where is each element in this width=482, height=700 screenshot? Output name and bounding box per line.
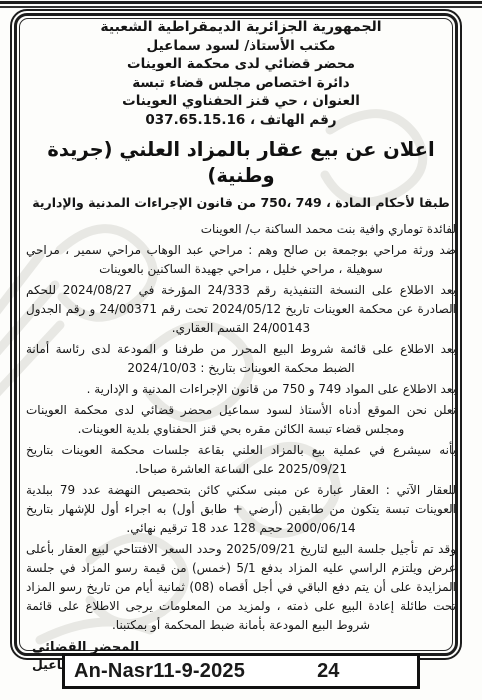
header-line-office: مكتب الأستاذ/ لسود سماعيل bbox=[26, 37, 456, 56]
header-line-address: العنوان ، حي قنز الحفناوي العوينات bbox=[26, 92, 456, 111]
body-paragraph-writ: بعد الاطلاع على النسخة التنفيذية رقم 24/… bbox=[26, 281, 456, 338]
header-line-republic: الجمهورية الجزائرية الديمقراطية الشعبية bbox=[26, 18, 456, 37]
announcement-body: لفائدة توماري وافية بنت محمد الساكنة ب/ … bbox=[26, 220, 456, 635]
top-column-rule-secondary bbox=[0, 6, 482, 8]
header-line-jurisdiction: دائرة اختصاص مجلس قضاء تبسة bbox=[26, 74, 456, 93]
body-paragraph-property: للعقار الآتي : العقار عبارة عن مبنى سكني… bbox=[26, 481, 456, 538]
legal-basis-subtitle: طبقا لأحكام المادة ، 749 ،750 من قانون ا… bbox=[26, 194, 456, 211]
footer-page-number: 24 bbox=[317, 660, 339, 683]
body-paragraph-articles: بعد الاطلاع على المواد 749 و 750 من قانو… bbox=[26, 380, 456, 399]
body-paragraph-beneficiary: لفائدة توماري وافية بنت محمد الساكنة ب/ … bbox=[26, 220, 456, 239]
body-paragraph-conditions: وقد تم تأجيل جلسة البيع لتاريخ 2025/09/2… bbox=[26, 540, 456, 635]
body-paragraph-sale-terms: بعد الاطلاع على قائمة شروط البيع المحرر … bbox=[26, 340, 456, 378]
top-column-rule bbox=[0, 1, 482, 4]
page-title: اعلان عن بيع عقار بالمزاد العلني (جريدة … bbox=[26, 137, 456, 189]
body-paragraph-auction-date: بأنه سيشرع في عملية بيع بالمزاد العلني ب… bbox=[26, 441, 456, 479]
body-paragraph-declaration: نعلن نحن الموقع أدناه الأستاذ لسود سماعي… bbox=[26, 401, 456, 439]
newspaper-source-box: An-Nasr11-9-2025 24 bbox=[62, 653, 420, 689]
header-line-phone: رقم الهاتف ، 037.65.15.16 bbox=[26, 111, 456, 130]
newspaper-clipping-page: الجمهورية الجزائرية الديمقراطية الشعبية … bbox=[0, 0, 482, 700]
header-line-bailiff: محضر قضائي لدى محكمة العوينات bbox=[26, 55, 456, 74]
footer-source-label: An-Nasr11-9-2025 bbox=[74, 660, 245, 683]
bailiff-office-header: الجمهورية الجزائرية الديمقراطية الشعبية … bbox=[26, 18, 456, 129]
announcement-content: الجمهورية الجزائرية الديمقراطية الشعبية … bbox=[26, 18, 456, 648]
body-paragraph-defendants: ضد ورثة مراحي بوجمعة بن صالح وهم : مراحي… bbox=[26, 241, 456, 279]
